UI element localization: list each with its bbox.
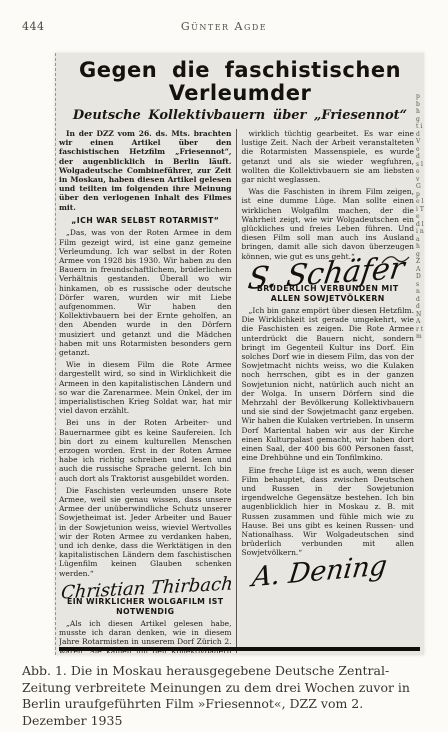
handwritten-mark: [380, 251, 410, 267]
figure-caption: Abb. 1. Die in Moskau herausgegebene Deu…: [22, 663, 428, 729]
clipping-bottom-rule: [59, 647, 420, 651]
signature-thirbach: Christian Thirbach: [61, 579, 232, 597]
paragraph: „Das, was von der Roten Armee in dem Fil…: [59, 228, 232, 357]
article-column-left: In der DZZ vom 26. ds. Mts. brachten wir…: [59, 129, 236, 653]
running-title: Günter Agde: [0, 20, 448, 33]
paragraph: Wie in diesem Film die Rote Armee darges…: [59, 360, 232, 415]
paragraph: Eine freche Lüge ist es auch, wenn diese…: [242, 466, 415, 558]
clipping-subtitle: Deutsche Kollektivbauern über „Friesenno…: [56, 108, 424, 123]
intro-paragraph: In der DZZ vom 26. ds. Mts. brachten wir…: [59, 129, 232, 212]
paragraph: wirklich tüchtig gearbeitet. Es war eine…: [242, 129, 415, 184]
newspaper-clipping: Gegen die faschistischen Verleumder Deut…: [55, 53, 424, 655]
paragraph: Was die Faschisten in ihrem Film zeigen,…: [242, 187, 415, 261]
clipping-edge-fragments: p b h g t i d V e d s l e v G p e l i T …: [416, 93, 424, 645]
clipping-headline-line1: Gegen die faschistischen: [70, 59, 410, 82]
signature-dening: A. Dening: [251, 558, 414, 582]
section-heading-rotarmist: „ICH WAR SELBST ROTARMIST“: [61, 216, 230, 226]
clipping-headline-line2: Verleumder: [70, 82, 410, 105]
article-columns: In der DZZ vom 26. ds. Mts. brachten wir…: [59, 129, 414, 653]
paragraph: „Ich bin ganz empört über diesen Hetzfil…: [242, 306, 415, 462]
paragraph: Bei uns in der Roten Arbeiter- und Bauer…: [59, 418, 232, 482]
paragraph: Die Faschisten verleumden unsere Rote Ar…: [59, 486, 232, 578]
article-column-right: wirklich tüchtig gearbeitet. Es war eine…: [236, 129, 415, 653]
running-head: 444 Günter Agde: [0, 20, 448, 36]
